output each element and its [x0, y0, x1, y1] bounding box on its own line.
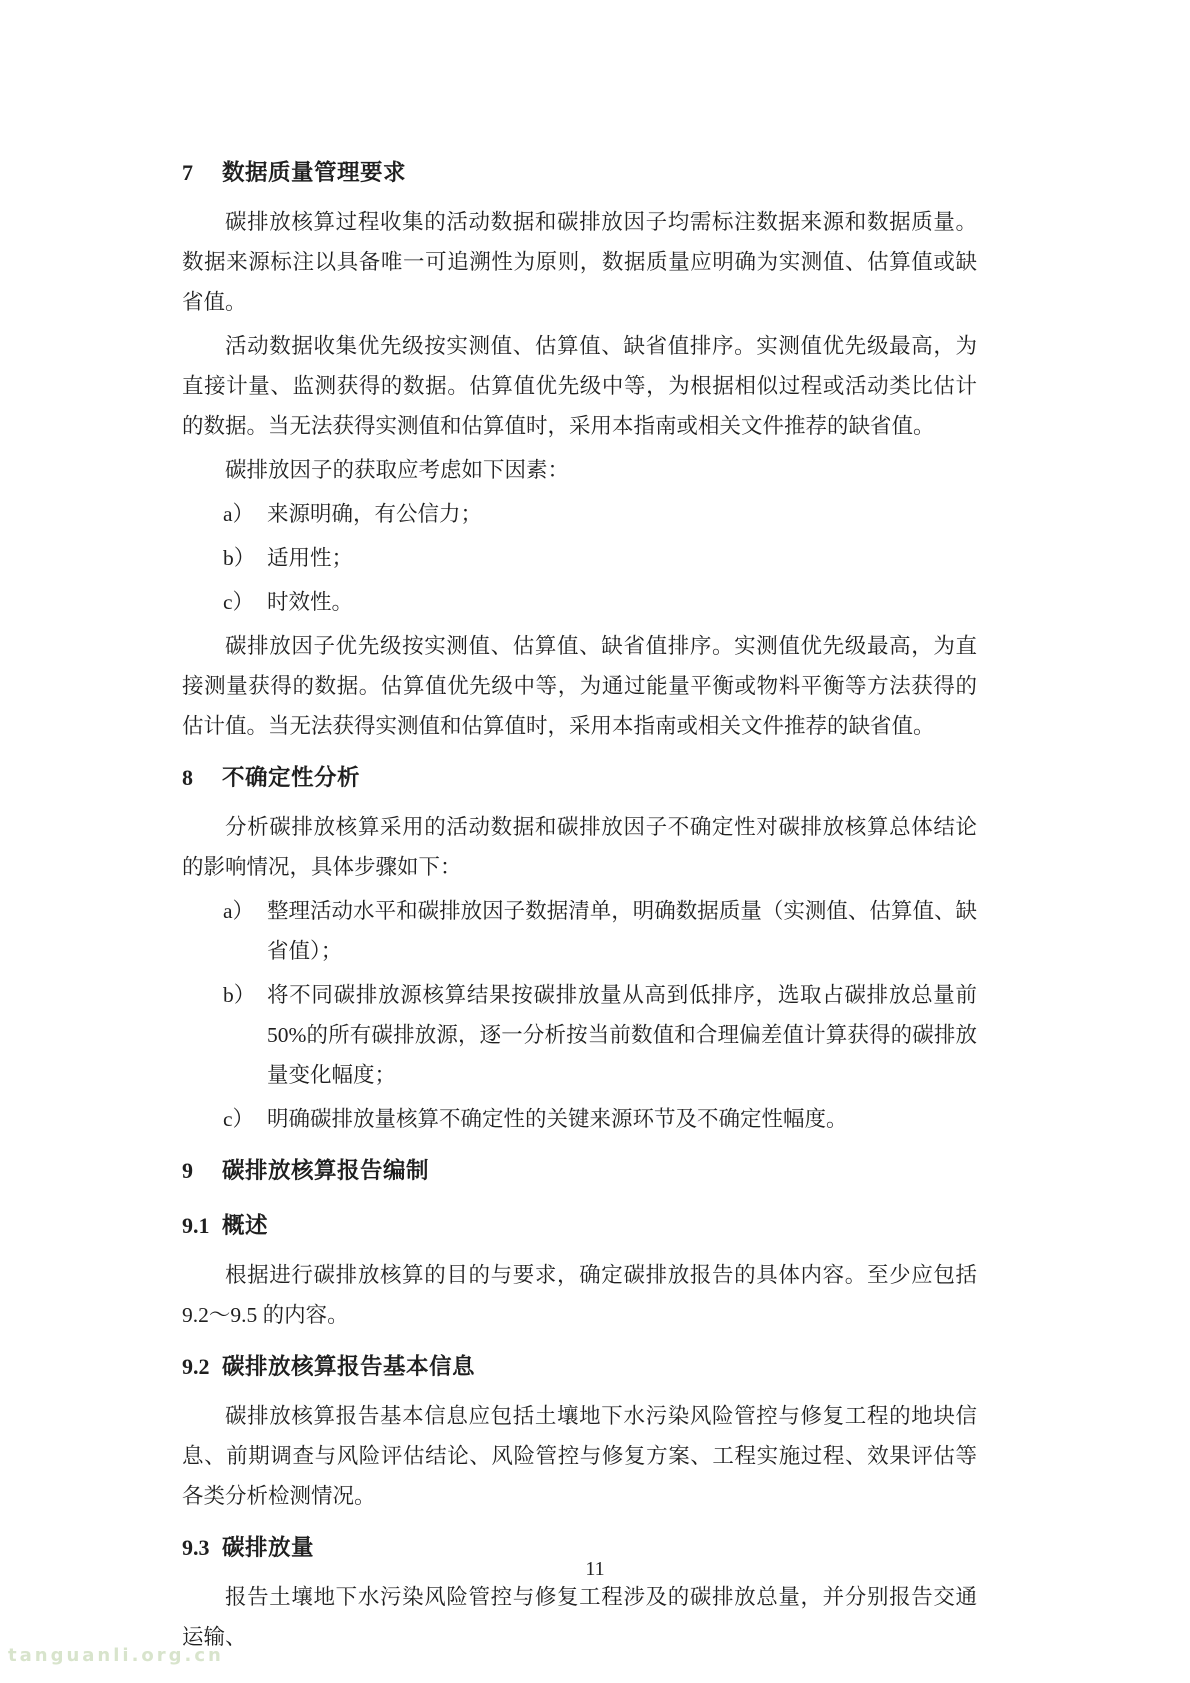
- heading-number: 9.1: [182, 1206, 222, 1246]
- heading-number: 9: [182, 1151, 222, 1191]
- list-item: a）来源明确，有公信力；: [182, 494, 977, 534]
- paragraph: 碳排放因子的获取应考虑如下因素：: [182, 450, 977, 490]
- section-heading: 9.2碳排放核算报告基本信息: [182, 1347, 977, 1390]
- paragraph: 分析碳排放核算采用的活动数据和碳排放因子不确定性对碳排放核算总体结论的影响情况，…: [182, 807, 977, 887]
- paragraph: 碳排放因子优先级按实测值、估算值、缺省值排序。实测值优先级最高，为直接测量获得的…: [182, 626, 977, 746]
- paragraph: 碳排放核算过程收集的活动数据和碳排放因子均需标注数据来源和数据质量。数据来源标注…: [182, 202, 977, 322]
- list-item-label: a）: [223, 891, 254, 931]
- list-item: c）明确碳排放量核算不确定性的关键来源环节及不确定性幅度。: [182, 1099, 977, 1139]
- paragraph: 根据进行碳排放核算的目的与要求，确定碳排放报告的具体内容。至少应包括 9.2～9…: [182, 1255, 977, 1335]
- document-body: 7数据质量管理要求碳排放核算过程收集的活动数据和碳排放因子均需标注数据来源和数据…: [182, 153, 977, 1661]
- section-heading: 9.1概述: [182, 1206, 977, 1249]
- heading-title: 碳排放核算报告编制: [222, 1158, 429, 1183]
- heading-title: 不确定性分析: [222, 765, 360, 790]
- list-item: b）适用性；: [182, 538, 977, 578]
- paragraph: 报告土壤地下水污染风险管控与修复工程涉及的碳排放总量，并分别报告交通运输、: [182, 1577, 977, 1657]
- heading-title: 碳排放核算报告基本信息: [222, 1354, 475, 1379]
- list-item-text: 来源明确，有公信力；: [267, 502, 482, 526]
- heading-title: 概述: [222, 1213, 268, 1238]
- list-item-text: 整理活动水平和碳排放因子数据清单，明确数据质量（实测值、估算值、缺省值）；: [267, 899, 977, 963]
- list-item-label: b）: [223, 975, 255, 1015]
- list-item: c）时效性。: [182, 582, 977, 622]
- chapter-heading: 9碳排放核算报告编制: [182, 1151, 977, 1194]
- heading-number: 9.2: [182, 1347, 222, 1387]
- list-item-text: 时效性。: [267, 590, 353, 614]
- heading-number: 7: [182, 153, 222, 193]
- list-item-text: 适用性；: [267, 546, 353, 570]
- chapter-heading: 8不确定性分析: [182, 758, 977, 801]
- list-item-text: 明确碳排放量核算不确定性的关键来源环节及不确定性幅度。: [267, 1107, 848, 1131]
- heading-number: 8: [182, 758, 222, 798]
- list-item-label: a）: [223, 494, 254, 534]
- list-item: b）将不同碳排放源核算结果按碳排放量从高到低排序，选取占碳排放总量前 50%的所…: [182, 975, 977, 1095]
- heading-title: 碳排放量: [222, 1535, 314, 1560]
- paragraph: 活动数据收集优先级按实测值、估算值、缺省值排序。实测值优先级最高，为直接计量、监…: [182, 326, 977, 446]
- chapter-heading: 7数据质量管理要求: [182, 153, 977, 196]
- list-item-text: 将不同碳排放源核算结果按碳排放量从高到低排序，选取占碳排放总量前 50%的所有碳…: [267, 983, 977, 1087]
- heading-title: 数据质量管理要求: [222, 160, 406, 185]
- list-item-label: c）: [223, 1099, 254, 1139]
- paragraph: 碳排放核算报告基本信息应包括土壤地下水污染风险管控与修复工程的地块信息、前期调查…: [182, 1396, 977, 1516]
- watermark-text: tanguanli.org.cn: [8, 1645, 224, 1666]
- document-page: { "page": { "number": "11", "watermark":…: [0, 0, 1190, 1683]
- list-item-label: c）: [223, 582, 254, 622]
- list-item: a）整理活动水平和碳排放因子数据清单，明确数据质量（实测值、估算值、缺省值）；: [182, 891, 977, 971]
- list-item-label: b）: [223, 538, 255, 578]
- page-number: 11: [0, 1558, 1190, 1581]
